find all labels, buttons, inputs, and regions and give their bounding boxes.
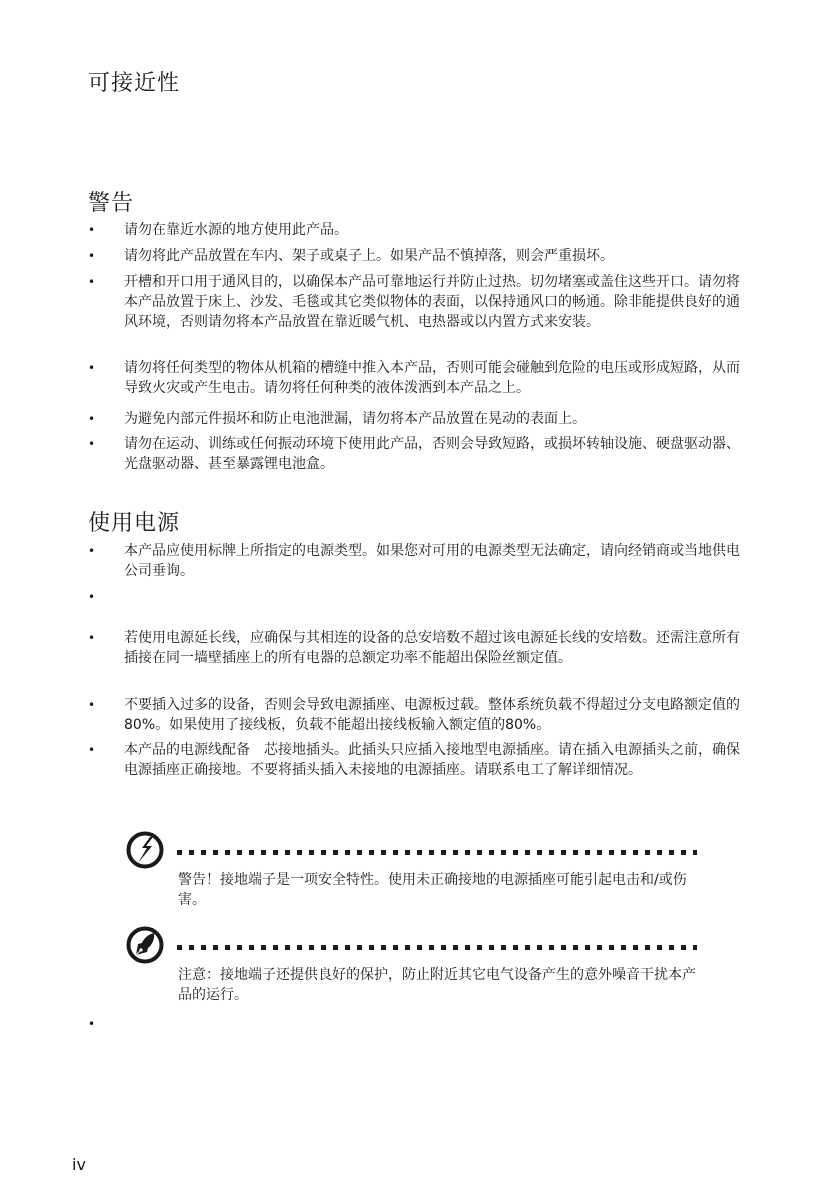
list-item-text: 请勿将此产品放置在车内、架子或桌子上。如果产品不慎掉落，则会严重损坏。 bbox=[124, 248, 614, 264]
page-number: iv bbox=[72, 1155, 86, 1174]
list-item: •本产品应使用标牌上所指定的电源类型。如果您对可用的电源类型无法确定，请向经销商… bbox=[88, 541, 753, 581]
bullet: • bbox=[88, 358, 98, 378]
list-item: •开槽和开口用于通风目的，以确保本产品可靠地运行并防止过热。切勿堵塞或盖住这些开… bbox=[88, 272, 753, 332]
list-item-text: 请勿在靠近水源的地方使用此产品。 bbox=[124, 222, 348, 238]
list-item-text: 为避免内部元件损坏和防止电池泄漏，请勿将本产品放置在晃动的表面上。 bbox=[124, 411, 586, 427]
list-item: •若使用电源延长线，应确保与其相连的设备的总安培数不超过该电源延长线的安培数。还… bbox=[88, 628, 753, 668]
list-item-text: 不要插入过多的设备，否则会导致电源插座、电源板过载。整体系统负载不得超过分支电路… bbox=[124, 697, 740, 733]
list-item-text: 若使用电源延长线，应确保与其相连的设备的总安培数不超过该电源延长线的安培数。还需… bbox=[124, 630, 740, 666]
bullet: • bbox=[88, 434, 98, 454]
list-item: •请勿将此产品放置在车内、架子或桌子上。如果产品不慎掉落，则会严重损坏。 bbox=[88, 246, 753, 266]
bullet: • bbox=[88, 246, 98, 266]
list-item-text: 请勿在运动、训练或任何振动环境下使用此产品，否则会导致短路，或损坏转轴设施、硬盘… bbox=[124, 436, 740, 472]
list-item: •请勿在运动、训练或任何振动环境下使用此产品，否则会导致短路，或损坏转轴设施、硬… bbox=[88, 434, 753, 474]
bullet: • bbox=[88, 587, 98, 607]
bullet: • bbox=[88, 220, 98, 240]
list-item: •请勿在靠近水源的地方使用此产品。 bbox=[88, 220, 753, 240]
list-item-text: 请勿将任何类型的物体从机箱的槽缝中推入本产品，否则可能会碰触到危险的电压或形成短… bbox=[124, 360, 740, 396]
list-item: •不要插入过多的设备，否则会导致电源插座、电源板过载。整体系统负载不得超过分支电… bbox=[88, 695, 753, 735]
section-title-accessibility: 可接近性 bbox=[88, 66, 180, 97]
list-item-text: 本产品应使用标牌上所指定的电源类型。如果您对可用的电源类型无法确定，请向经销商或… bbox=[124, 543, 740, 579]
bullet: • bbox=[88, 1014, 98, 1034]
dotted-divider bbox=[177, 850, 697, 855]
list-item: •为避免内部元件损坏和防止电池泄漏，请勿将本产品放置在晃动的表面上。 bbox=[88, 409, 753, 429]
list-item-text: 本产品的电源线配备 芯接地插头。此插头只应插入接地型电源插座。请在插入电源插头之… bbox=[124, 742, 740, 778]
bullet: • bbox=[88, 628, 98, 648]
bullet: • bbox=[88, 740, 98, 760]
list-item: •请勿将任何类型的物体从机箱的槽缝中推入本产品，否则可能会碰触到危险的电压或形成… bbox=[88, 358, 753, 398]
section-title-power: 使用电源 bbox=[88, 506, 180, 537]
bullet: • bbox=[88, 272, 98, 292]
bullet: • bbox=[88, 541, 98, 561]
pen-note-icon bbox=[125, 925, 165, 965]
bullet: • bbox=[88, 409, 98, 429]
notice-text: 注意：接地端子还提供良好的保护，防止附近其它电气设备产生的意外噪音干扰本产品的运… bbox=[178, 965, 698, 1005]
bullet: • bbox=[88, 695, 98, 715]
list-item-text: 开槽和开口用于通风目的，以确保本产品可靠地运行并防止过热。切勿堵塞或盖住这些开口… bbox=[124, 274, 740, 330]
list-item: •本产品的电源线配备 芯接地插头。此插头只应插入接地型电源插座。请在插入电源插头… bbox=[88, 740, 753, 780]
dotted-divider bbox=[177, 945, 697, 950]
lightning-warning-icon bbox=[125, 830, 165, 870]
section-title-warnings: 警告 bbox=[88, 186, 134, 217]
notice-text: 警告！接地端子是一项安全特性。使用未正确接地的电源插座可能引起电击和/或伤害。 bbox=[178, 870, 698, 910]
